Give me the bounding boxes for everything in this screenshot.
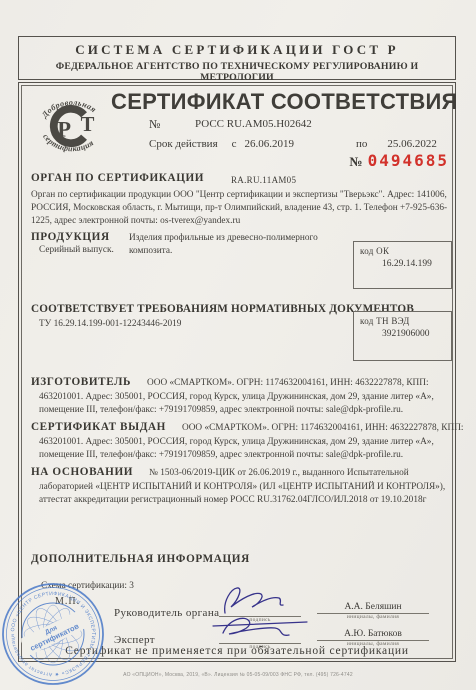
agency-title: ФЕДЕРАЛЬНОЕ АГЕНТСТВО ПО ТЕХНИЧЕСКОМУ РЕ…: [19, 61, 455, 83]
expert-name: А.Ю. Батюков: [317, 629, 429, 641]
code-ok-label: код ОК: [360, 246, 451, 256]
organ-section-label: ОРГАН ПО СЕРТИФИКАЦИИ: [31, 172, 204, 184]
head-name: А.А. Беляшин: [317, 602, 429, 614]
code-ok-box: код ОК 16.29.14.199: [353, 241, 452, 289]
head-role-label: Руководитель органа: [114, 607, 219, 619]
additional-info-label: ДОПОЛНИТЕЛЬНАЯ ИНФОРМАЦИЯ: [31, 553, 250, 565]
certification-stamp-icon: ООО «ЦЕНТР СЕРТИФИКАЦИИ И ЭКСПЕРТИЗЫ «ТВ…: [1, 582, 105, 686]
manufacturer-section: ИЗГОТОВИТЕЛЬООО «СМАРТКОМ». ОГРН: 117463…: [31, 375, 465, 417]
certificate-number: РОСС RU.AM05.H02642: [195, 118, 312, 130]
blank-number-sign: №: [349, 154, 362, 169]
head-name-block: А.А. Беляшин инициалы, фамилия: [317, 602, 429, 620]
rst-logo-icon: Добровольная сертификация Р Т: [29, 85, 115, 167]
date-from: 26.06.2019: [245, 138, 295, 150]
system-title: СИСТЕМА СЕРТИФИКАЦИИ ГОСТ Р: [19, 42, 455, 58]
compliance-text: ТУ 16.29.14.199-001-12243446-2019: [39, 318, 181, 331]
organ-code: RA.RU.11AM05: [231, 175, 296, 185]
expert-signature-line: [219, 630, 301, 644]
basis-label: НА ОСНОВАНИИ: [31, 466, 133, 478]
code-tn-label: код ТН ВЭД: [360, 316, 451, 326]
logo-letter-t: Т: [81, 114, 95, 136]
product-text: Изделия профильные из древесно-полимерно…: [129, 232, 357, 258]
number-sign: №: [149, 117, 160, 132]
blank-number: №0494685: [349, 151, 449, 171]
basis-section: НА ОСНОВАНИИ№ 1503-06/2019-ЦИК от 26.06.…: [31, 465, 465, 507]
issued-to-label: СЕРТИФИКАТ ВЫДАН: [31, 421, 166, 433]
code-ok-value: 16.29.14.199: [382, 259, 451, 269]
certificate-page: СИСТЕМА СЕРТИФИКАЦИИ ГОСТ Р ФЕДЕРАЛЬНОЕ …: [0, 0, 476, 690]
to-label: по: [356, 138, 367, 150]
validity-row: Срок действияс26.06.2019по25.06.2022: [149, 138, 437, 150]
organ-text: Орган по сертификации продукции ООО "Цен…: [31, 189, 455, 229]
logo-letter-p: Р: [57, 116, 71, 141]
code-tn-box: код ТН ВЭД 3921906000: [353, 311, 452, 361]
product-section-label: ПРОДУКЦИЯ: [31, 231, 110, 243]
issued-to-section: СЕРТИФИКАТ ВЫДАНООО «СМАРТКОМ». ОГРН: 11…: [31, 420, 465, 462]
head-name-caption: инициалы, фамилия: [317, 614, 429, 620]
manufacturer-label: ИЗГОТОВИТЕЛЬ: [31, 376, 131, 388]
validity-label: Срок действия: [149, 138, 218, 150]
blank-number-digits: 0494685: [368, 151, 449, 170]
certificate-title: СЕРТИФИКАТ СООТВЕТСТВИЯ: [111, 89, 453, 115]
product-serial: Серийный выпуск.: [39, 244, 114, 257]
certificate-body-frame: Добровольная сертификация Р Т СЕРТИФИКАТ…: [18, 82, 456, 662]
header-box: СИСТЕМА СЕРТИФИКАЦИИ ГОСТ Р ФЕДЕРАЛЬНОЕ …: [18, 36, 456, 80]
from-label: с: [232, 138, 237, 150]
code-tn-value: 3921906000: [382, 329, 451, 339]
date-to: 25.06.2022: [387, 138, 437, 150]
head-sign-caption: подпись: [219, 617, 301, 623]
head-signature-line: [219, 603, 301, 617]
